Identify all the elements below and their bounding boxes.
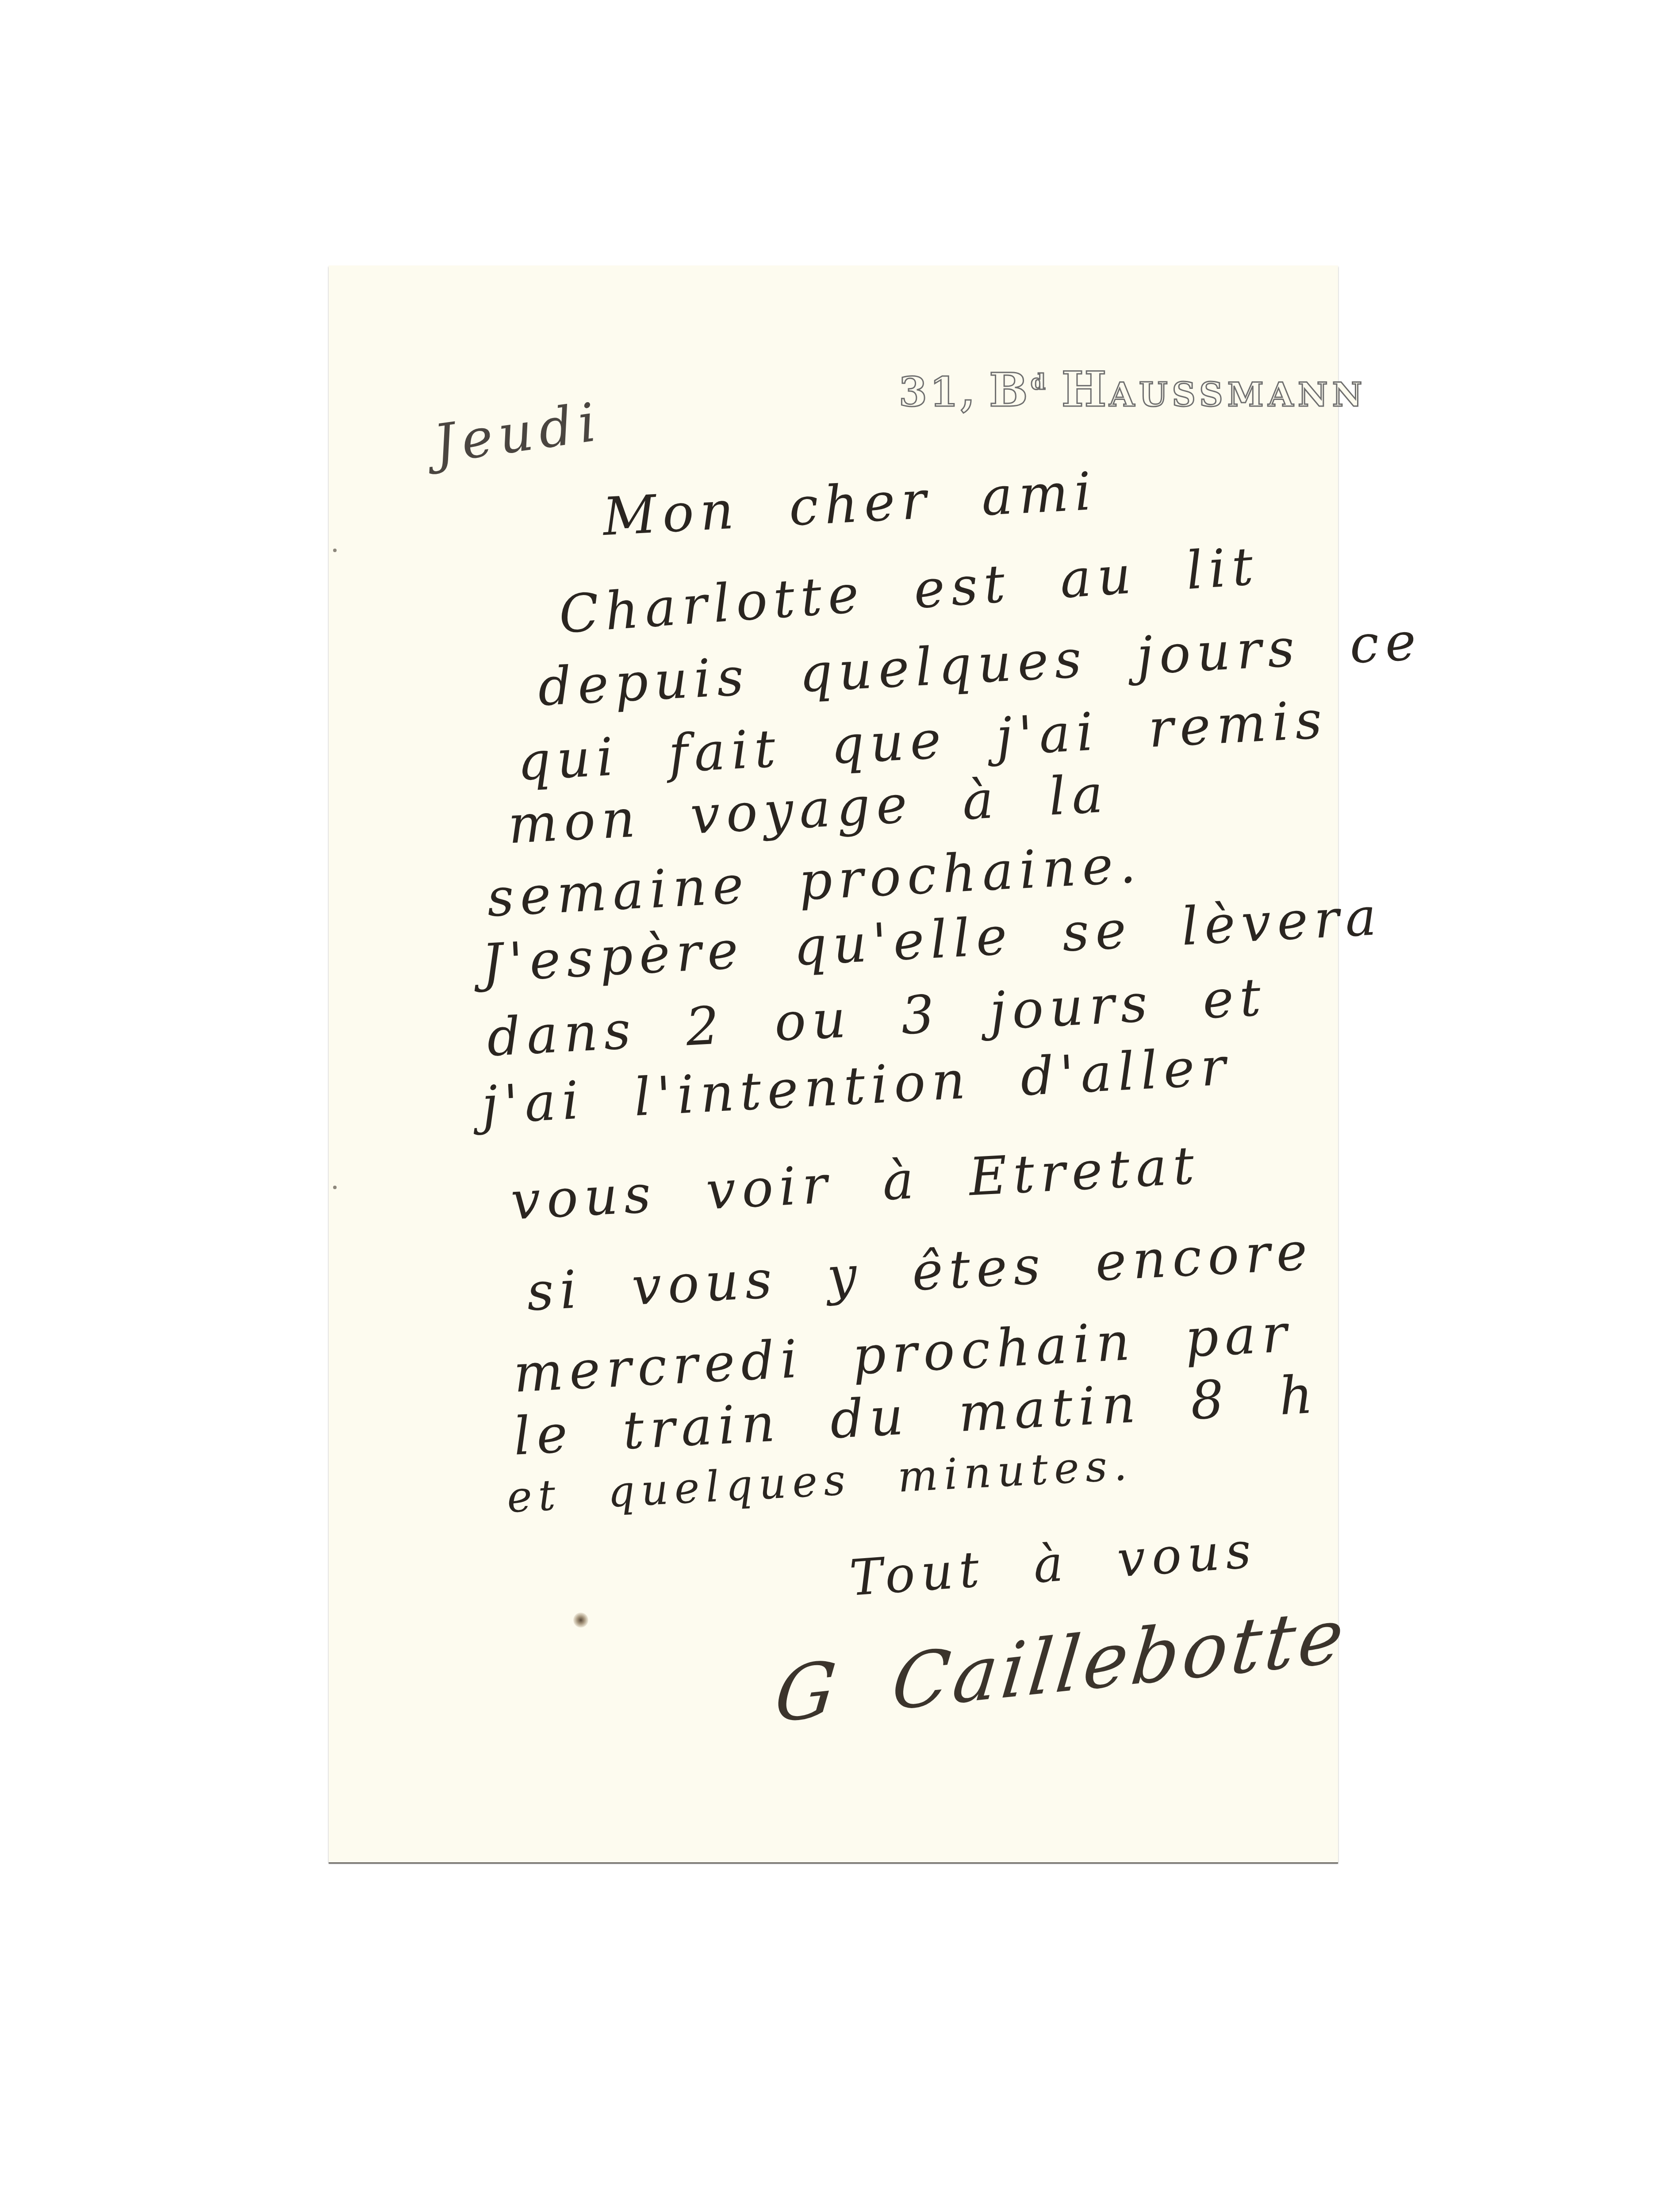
letter-closing: Tout à vous	[848, 1525, 1258, 1603]
letterhead-street-rest: AUSSMANN	[1109, 376, 1367, 414]
letterhead-abbrev: B	[989, 363, 1031, 417]
letter-sheet: 31,BdHAUSSMANN Jeudi Mon cher ami Charlo…	[329, 265, 1338, 1863]
paper-speck	[333, 549, 337, 552]
letter-line: vous voir à Etretat	[510, 1139, 1201, 1227]
letterhead-address: 31,BdHAUSSMANN	[899, 362, 1366, 418]
letter-line: si vous y êtes encore	[525, 1225, 1315, 1318]
letterhead-number: 31,	[899, 368, 978, 416]
letter-signature: G Caillebotte	[771, 1598, 1350, 1734]
ink-spot	[573, 1613, 588, 1628]
paper-speck	[333, 1186, 337, 1189]
letter-salutation: Mon cher ami	[602, 465, 1099, 543]
letter-date: Jeudi	[431, 396, 606, 472]
letterhead-abbrev-sup: d	[1031, 370, 1048, 395]
letterhead-street-initial: H	[1062, 362, 1109, 418]
